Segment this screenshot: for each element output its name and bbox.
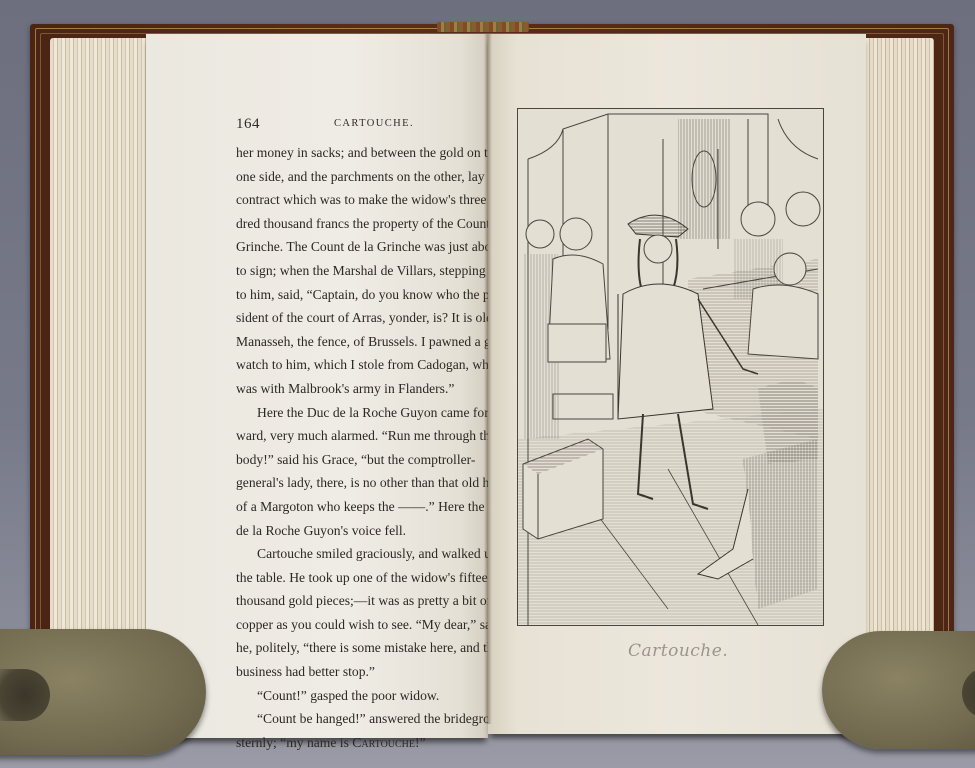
text-line: one side, and the parchments on the othe…: [236, 165, 482, 189]
engraving-plate: [517, 108, 824, 626]
text-line: watch to him, which I stole from Cadogan…: [236, 353, 482, 377]
left-page-weight: [0, 629, 206, 755]
text-fragment: sternly; “my name is: [236, 735, 352, 750]
text-line: of a Margoton who keeps the ——.” Here th…: [236, 495, 482, 519]
text-line: to sign; when the Marshal de Villars, st…: [236, 259, 482, 283]
text-line: de la Roche Guyon's voice fell.: [236, 519, 482, 543]
weight-hole: [962, 667, 975, 719]
text-line: Manasseh, the fence, of Brussels. I pawn…: [236, 330, 482, 354]
plate-imprint: ​: [553, 683, 793, 691]
text-line: ward, very much alarmed. “Run me through…: [236, 424, 482, 448]
text-line: “Count!” gasped the poor widow.: [236, 684, 482, 708]
text-line: he, politely, “there is some mistake her…: [236, 636, 482, 660]
right-page-weight: [822, 631, 975, 749]
book-photo: 164 CARTOUCHE. her money in sacks; and b…: [0, 0, 975, 768]
text-line: body!” said his Grace, “but the comptrol…: [236, 448, 482, 472]
spine-headband: [437, 22, 529, 32]
running-title: CARTOUCHE.: [334, 118, 414, 129]
text-line: was with Malbrook's army in Flanders.”: [236, 377, 482, 401]
text-line: general's lady, there, is no other than …: [236, 471, 482, 495]
text-line-last: sternly; “my name is Cartouche!”: [236, 731, 482, 755]
text-line: “Count be hanged!” answered the bridegro…: [236, 707, 482, 731]
right-page-edges: [862, 38, 934, 638]
weight-hole: [0, 669, 50, 721]
text-line: dred thousand francs the property of the…: [236, 212, 482, 236]
text-line: her money in sacks; and between the gold…: [236, 141, 482, 165]
text-line: contract which was to make the widow's t…: [236, 188, 482, 212]
text-fragment: !”: [415, 735, 426, 750]
page-number: 164: [236, 116, 260, 133]
text-line: Grinche. The Count de la Grinche was jus…: [236, 235, 482, 259]
gutter-shadow: [484, 34, 492, 724]
text-line: Here the Duc de la Roche Guyon came for-: [236, 401, 482, 425]
name-smallcaps: Cartouche: [352, 735, 415, 750]
body-text: her money in sacks; and between the gold…: [236, 141, 482, 754]
text-line: to him, said, “Captain, do you know who …: [236, 283, 482, 307]
running-head: 164 CARTOUCHE.: [236, 116, 482, 136]
text-line: copper as you could wish to see. “My dea…: [236, 613, 482, 637]
plate-caption: Cartouche.: [628, 641, 728, 661]
left-page-edges: [50, 38, 150, 638]
text-line: sident of the court of Arras, yonder, is…: [236, 306, 482, 330]
text-line: business had better stop.”: [236, 660, 482, 684]
engraving-illustration: [518, 109, 823, 625]
text-line: the table. He took up one of the widow's…: [236, 566, 482, 590]
text-line: Cartouche smiled graciously, and walked …: [236, 542, 482, 566]
text-line: thousand gold pieces;—it was as pretty a…: [236, 589, 482, 613]
